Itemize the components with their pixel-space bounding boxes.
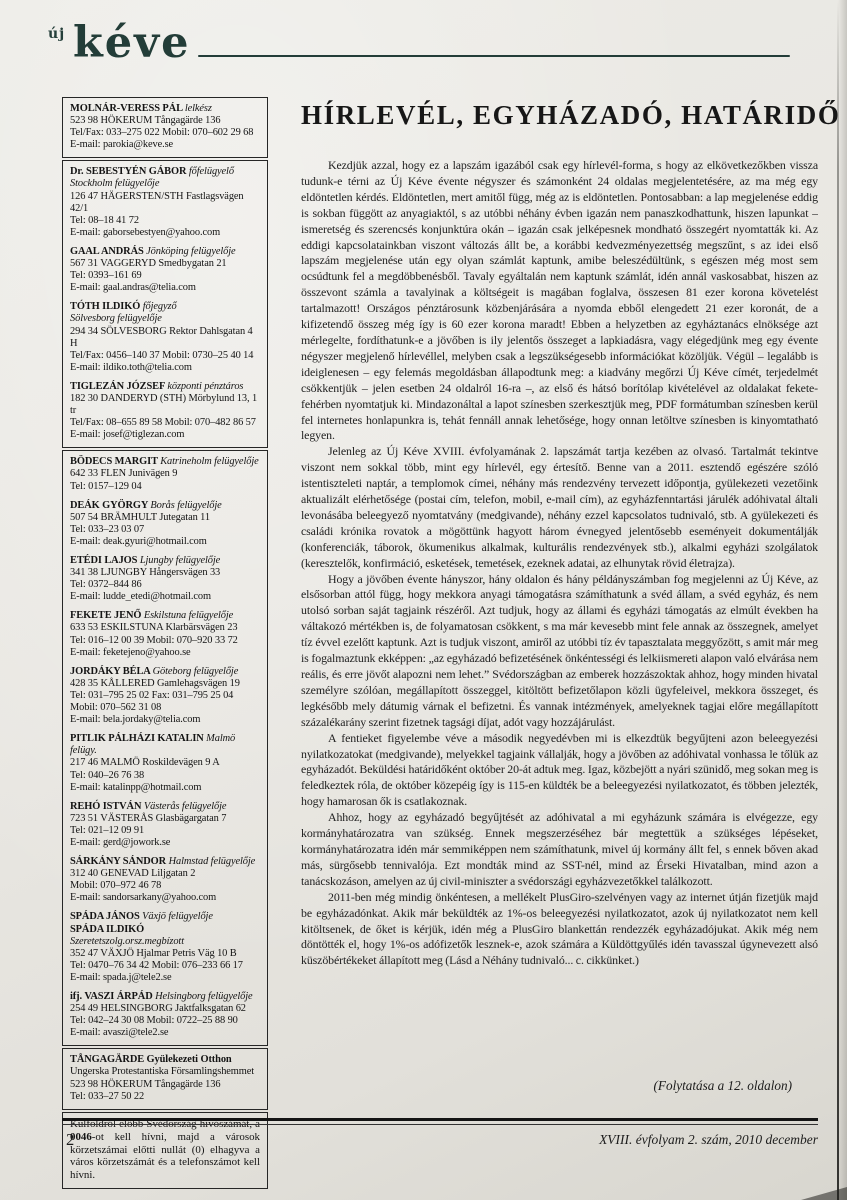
- scan-corner-shadow: [801, 1187, 847, 1200]
- contact-role: központi pénztáros: [167, 381, 243, 392]
- contact-detail: 523 98 HÖKERUM Tångagärde 136: [70, 115, 220, 126]
- contact-name: ETÉDI LAJOS: [70, 555, 140, 566]
- contact-line: Tel/Fax: 033–275 022 Mobil: 070–602 29 6…: [70, 127, 260, 139]
- contact-detail: E-mail: josef@tiglezan.com: [70, 429, 184, 440]
- contact-detail: 428 35 KÅLLERED Gamlehagsvägen 19: [70, 678, 240, 689]
- contact-detail: Tel: 040–26 76 38: [70, 770, 144, 781]
- contact-detail: Tel: 0393–161 69: [70, 270, 142, 281]
- contact-detail: 182 30 DANDERYD (STH) Mörbylund 13, 1 tr: [70, 393, 257, 416]
- contact-detail: 642 33 FLEN Junivägen 9: [70, 468, 177, 479]
- contact-role: Halmstad felügyelője: [169, 856, 256, 867]
- contact-detail: Tel: 0372–844 86: [70, 579, 142, 590]
- contact-line: PITLIK PÁLHÁZI KATALIN Malmö felügy.: [70, 733, 260, 757]
- dialing-note: Külföldről előbb Svédország hívószámát, …: [70, 1118, 260, 1183]
- article-title: HÍRLEVÉL, EGYHÁZADÓ, HATÁRIDŐ: [301, 98, 818, 132]
- contact-detail: E-mail: spada.j@tele2.se: [70, 972, 172, 983]
- contact-line: Dr. SEBESTYÉN GÁBOR főfelügyelő: [70, 166, 260, 178]
- contact-line: GAAL ANDRÁS Jönköping felügyelője: [70, 246, 260, 258]
- contact-name: SÁRKÁNY SÁNDOR: [70, 856, 169, 867]
- contact-line: E-mail: bela.jordaky@telia.com: [70, 714, 260, 726]
- contact-line: 352 47 VÄXJÖ Hjalmar Petris Väg 10 B: [70, 948, 260, 960]
- contact-line: TÓTH ILDIKÓ főjegyző: [70, 301, 260, 313]
- article-paragraph: 2011-ben még mindig önkéntesen, a mellék…: [301, 890, 818, 970]
- contact-entry: JORDÁKY BÉLA Göteborg felügyelője428 35 …: [70, 666, 260, 726]
- contact-name: ifj. VASZI ÁRPÁD: [70, 991, 155, 1002]
- contact-line: E-mail: gaborsebestyen@yahoo.com: [70, 227, 260, 239]
- contact-entry: SPÁDA JÁNOS Växjö felügyelőjeSPÁDA ILDIK…: [70, 911, 260, 984]
- contact-name: TÅNGAGÄRDE Gyülekezeti Otthon: [70, 1054, 232, 1065]
- main-article: HÍRLEVÉL, EGYHÁZADÓ, HATÁRIDŐ Kezdjük az…: [301, 98, 818, 969]
- contact-detail: Tel/Fax: 0456–140 37 Mobil: 0730–25 40 1…: [70, 350, 253, 361]
- contact-line: 126 47 HÄGERSTEN/STH Fastlagsvägen 42/1: [70, 191, 260, 215]
- contact-detail: Tel: 021–12 09 91: [70, 825, 144, 836]
- contact-entry: MOLNÁR-VERESS PÁL lelkész523 98 HÖKERUM …: [70, 103, 260, 151]
- contact-line: 294 34 SÖLVESBORG Rektor Dahlsgatan 4 H: [70, 326, 260, 350]
- contact-line: JORDÁKY BÉLA Göteborg felügyelője: [70, 666, 260, 678]
- contact-line: E-mail: gerd@jowork.se: [70, 837, 260, 849]
- contact-name: PITLIK PÁLHÁZI KATALIN: [70, 733, 206, 744]
- contact-detail: Tel: 031–795 25 02 Fax: 031–795 25 04: [70, 690, 233, 701]
- contact-name: Dr. SEBESTYÉN GÁBOR: [70, 166, 189, 177]
- masthead-logo-prefix: új: [48, 26, 65, 42]
- contact-role: Västerås felügyelője: [144, 801, 227, 812]
- contact-detail: E-mail: feketejeno@yahoo.se: [70, 647, 191, 658]
- contact-entry: REHÓ ISTVÁN Västerås felügyelője723 51 V…: [70, 801, 260, 849]
- contact-role: Helsingborg felügyelője: [155, 991, 252, 1002]
- continuation-note: (Folytatása a 12. oldalon): [301, 1078, 818, 1094]
- contact-role: Eskilstuna felügyelője: [144, 610, 233, 621]
- contact-detail: E-mail: gaal.andras@telia.com: [70, 282, 196, 293]
- contact-line: SÁRKÁNY SÁNDOR Halmstad felügyelője: [70, 856, 260, 868]
- contact-line: E-mail: deak.gyuri@hotmail.com: [70, 536, 260, 548]
- contact-entry: ifj. VASZI ÁRPÁD Helsingborg felügyelője…: [70, 991, 260, 1039]
- contact-detail: E-mail: avaszi@tele2.se: [70, 1027, 168, 1038]
- contact-role: Jönköping felügyelője: [146, 246, 235, 257]
- contact-line: Tel: 0470–76 34 42 Mobil: 076–233 66 17: [70, 960, 260, 972]
- contact-line: Sölvesborg felügyelője: [70, 313, 260, 325]
- contact-detail: 567 31 VAGGERYD Smedbygatan 21: [70, 258, 227, 269]
- contact-line: E-mail: parokia@keve.se: [70, 139, 260, 151]
- issue-info: XVIII. évfolyam 2. szám, 2010 december: [599, 1132, 818, 1148]
- contact-line: 523 98 HÖKERUM Tångagärde 136: [70, 115, 260, 127]
- contact-name: GAAL ANDRÁS: [70, 246, 146, 257]
- contact-line: ETÉDI LAJOS Ljungby felügyelője: [70, 555, 260, 567]
- contact-line: E-mail: feketejeno@yahoo.se: [70, 647, 260, 659]
- contact-detail: E-mail: ludde_etedi@hotmail.com: [70, 591, 211, 602]
- contact-role: Växjö felügyelője: [142, 911, 213, 922]
- article-body: Kezdjük azzal, hogy ez a lapszám igazábó…: [301, 158, 818, 969]
- scan-edge-band: [838, 0, 847, 1200]
- contact-line: 428 35 KÅLLERED Gamlehagsvägen 19: [70, 678, 260, 690]
- contact-line: Tel: 033–23 03 07: [70, 524, 260, 536]
- contact-line: 182 30 DANDERYD (STH) Mörbylund 13, 1 tr: [70, 393, 260, 417]
- contact-name: BÖDECS MARGIT: [70, 456, 160, 467]
- contact-detail: E-mail: ildiko.toth@telia.com: [70, 362, 192, 373]
- contact-detail: 352 47 VÄXJÖ Hjalmar Petris Väg 10 B: [70, 948, 237, 959]
- contact-detail: Tel: 042–24 30 08 Mobil: 0722–25 88 90: [70, 1015, 238, 1026]
- contact-line: Tel: 042–24 30 08 Mobil: 0722–25 88 90: [70, 1015, 260, 1027]
- contact-detail: 312 40 GENEVAD Liljgatan 2: [70, 868, 195, 879]
- contact-name: JORDÁKY BÉLA: [70, 666, 153, 677]
- contact-detail: 294 34 SÖLVESBORG Rektor Dahlsgatan 4 H: [70, 326, 253, 349]
- contact-entry: BÖDECS MARGIT Katrineholm felügyelője642…: [70, 456, 260, 492]
- scan-edge-line: [837, 0, 839, 1200]
- contact-entry: FEKETE JENŐ Eskilstuna felügyelője633 53…: [70, 610, 260, 658]
- contact-box: BÖDECS MARGIT Katrineholm felügyelője642…: [62, 450, 268, 1046]
- contact-name: REHÓ ISTVÁN: [70, 801, 144, 812]
- contact-line: DEÁK GYÖRGY Borås felügyelője: [70, 500, 260, 512]
- contact-line: Tel: 0157–129 04: [70, 481, 260, 493]
- contact-entry: TÓTH ILDIKÓ főjegyzőSölvesborg felügyelő…: [70, 301, 260, 374]
- contact-line: MOLNÁR-VERESS PÁL lelkész: [70, 103, 260, 115]
- contact-line: FEKETE JENŐ Eskilstuna felügyelője: [70, 610, 260, 622]
- contact-line: Tel: 0393–161 69: [70, 270, 260, 282]
- contact-detail: Tel: 0470–76 34 42 Mobil: 076–233 66 17: [70, 960, 243, 971]
- contact-detail: Tel: 08–18 41 72: [70, 215, 139, 226]
- contact-name: DEÁK GYÖRGY: [70, 500, 150, 511]
- contact-detail: Ungerska Protestantiska Församlingshemme…: [70, 1066, 254, 1077]
- contact-line: E-mail: josef@tiglezan.com: [70, 429, 260, 441]
- contact-line: 723 51 VÄSTERÅS Glasbägargatan 7: [70, 813, 260, 825]
- contact-role: Sölvesborg felügyelője: [70, 313, 162, 324]
- newsletter-page: új kéve MOLNÁR-VERESS PÁL lelkész523 98 …: [0, 0, 847, 1200]
- contact-detail: Tel: 033–23 03 07: [70, 524, 144, 535]
- contact-name: SPÁDA JÁNOS: [70, 911, 142, 922]
- contact-role: Göteborg felügyelője: [153, 666, 239, 677]
- contact-line: Tel/Fax: 08–655 89 58 Mobil: 070–482 86 …: [70, 417, 260, 429]
- contact-box: Dr. SEBESTYÉN GÁBOR főfelügyelőStockholm…: [62, 160, 268, 448]
- article-paragraph: A fentieket figyelembe véve a második ne…: [301, 731, 818, 811]
- contact-line: REHÓ ISTVÁN Västerås felügyelője: [70, 801, 260, 813]
- contact-line: Tel: 016–12 00 39 Mobil: 070–920 33 72: [70, 635, 260, 647]
- contact-detail: E-mail: sandorsarkany@yahoo.com: [70, 892, 216, 903]
- contacts-sidebar: MOLNÁR-VERESS PÁL lelkész523 98 HÖKERUM …: [62, 97, 268, 1191]
- contact-name: TÓTH ILDIKÓ: [70, 301, 143, 312]
- contact-line: 633 53 ESKILSTUNA Klarbärsvägen 23: [70, 622, 260, 634]
- contact-detail: 633 53 ESKILSTUNA Klarbärsvägen 23: [70, 622, 237, 633]
- contact-entry: Dr. SEBESTYÉN GÁBOR főfelügyelőStockholm…: [70, 166, 260, 239]
- contact-line: 254 49 HELSINGBORG Jaktfalksgatan 62: [70, 1003, 260, 1015]
- contact-name: FEKETE JENŐ: [70, 610, 144, 621]
- contact-detail: E-mail: gerd@jowork.se: [70, 837, 170, 848]
- contact-line: 217 46 MALMÖ Roskildevägen 9 A: [70, 757, 260, 769]
- contact-line: 312 40 GENEVAD Liljgatan 2: [70, 868, 260, 880]
- footer-rule: [62, 1118, 818, 1125]
- contact-line: 523 98 HÖKERUM Tångagärde 136: [70, 1079, 260, 1091]
- contact-detail: E-mail: gaborsebestyen@yahoo.com: [70, 227, 220, 238]
- contact-detail: E-mail: parokia@keve.se: [70, 139, 173, 150]
- contact-detail: E-mail: deak.gyuri@hotmail.com: [70, 536, 207, 547]
- contact-line: Mobil: 070–972 46 78: [70, 880, 260, 892]
- article-paragraph: Jelenleg az Új Kéve XVIII. évfolyamának …: [301, 444, 818, 571]
- contact-detail: 507 54 BRÄMHULT Jutegatan 11: [70, 512, 210, 523]
- contact-line: Tel: 021–12 09 91: [70, 825, 260, 837]
- contact-detail: Tel: 016–12 00 39 Mobil: 070–920 33 72: [70, 635, 238, 646]
- contact-entry: GAAL ANDRÁS Jönköping felügyelője567 31 …: [70, 246, 260, 294]
- contact-line: E-mail: avaszi@tele2.se: [70, 1027, 260, 1039]
- contact-line: E-mail: sandorsarkany@yahoo.com: [70, 892, 260, 904]
- contact-box: MOLNÁR-VERESS PÁL lelkész523 98 HÖKERUM …: [62, 97, 268, 158]
- contact-detail: Tel: 033–27 50 22: [70, 1091, 144, 1102]
- contact-entry: TÅNGAGÄRDE Gyülekezeti OtthonUngerska Pr…: [70, 1054, 260, 1102]
- contact-line: Tel: 0372–844 86: [70, 579, 260, 591]
- masthead-logo: kéve: [73, 18, 191, 68]
- contact-detail: 254 49 HELSINGBORG Jaktfalksgatan 62: [70, 1003, 246, 1014]
- contact-role: lelkész: [185, 103, 212, 114]
- contact-line: 642 33 FLEN Junivägen 9: [70, 468, 260, 480]
- contact-line: Tel: 08–18 41 72: [70, 215, 260, 227]
- contact-detail: 126 47 HÄGERSTEN/STH Fastlagsvägen 42/1: [70, 191, 244, 214]
- contact-role: főjegyző: [143, 301, 177, 312]
- contact-detail: 217 46 MALMÖ Roskildevägen 9 A: [70, 757, 220, 768]
- contact-line: ifj. VASZI ÁRPÁD Helsingborg felügyelője: [70, 991, 260, 1003]
- contact-detail: Mobil: 070–972 46 78: [70, 880, 161, 891]
- contact-entry: SÁRKÁNY SÁNDOR Halmstad felügyelője312 4…: [70, 856, 260, 904]
- contact-role: főfelügyelő: [189, 166, 234, 177]
- contact-detail: 341 38 LJUNGBY Hångersvägen 33: [70, 567, 220, 578]
- page-number: 2: [66, 1130, 74, 1150]
- contact-line: SPÁDA JÁNOS Växjö felügyelője: [70, 911, 260, 923]
- contact-name: SPÁDA ILDIKÓ: [70, 924, 144, 935]
- contact-entry: PITLIK PÁLHÁZI KATALIN Malmö felügy.217 …: [70, 733, 260, 793]
- contact-line: Stockholm felügyelője: [70, 178, 260, 190]
- contact-line: Tel: 033–27 50 22: [70, 1091, 260, 1103]
- contact-line: Tel/Fax: 0456–140 37 Mobil: 0730–25 40 1…: [70, 350, 260, 362]
- contact-name: TIGLEZÁN JÓZSEF: [70, 381, 167, 392]
- article-paragraph: Ahhoz, hogy az egyházadó begyűjtését az …: [301, 810, 818, 890]
- article-paragraph: Kezdjük azzal, hogy ez a lapszám igazábó…: [301, 158, 818, 444]
- contact-detail: E-mail: katalinpp@hotmail.com: [70, 782, 201, 793]
- contact-role: Borås felügyelője: [150, 500, 221, 511]
- contact-detail: Tel/Fax: 033–275 022 Mobil: 070–602 29 6…: [70, 127, 253, 138]
- contact-line: SPÁDA ILDIKÓ Szeretetszolg.orsz.megbízot…: [70, 924, 260, 948]
- contact-detail: Tel: 0157–129 04: [70, 481, 142, 492]
- contact-role: Ljungby felügyelője: [140, 555, 220, 566]
- contact-entry: TIGLEZÁN JÓZSEF központi pénztáros182 30…: [70, 381, 260, 441]
- contact-line: TÅNGAGÄRDE Gyülekezeti Otthon: [70, 1054, 260, 1066]
- masthead-rule: [198, 55, 790, 57]
- contact-line: E-mail: ildiko.toth@telia.com: [70, 362, 260, 374]
- contact-entry: DEÁK GYÖRGY Borås felügyelője507 54 BRÄM…: [70, 500, 260, 548]
- contact-role: Katrineholm felügyelője: [160, 456, 258, 467]
- contact-line: E-mail: spada.j@tele2.se: [70, 972, 260, 984]
- contact-entry: ETÉDI LAJOS Ljungby felügyelője341 38 LJ…: [70, 555, 260, 603]
- contact-detail: 523 98 HÖKERUM Tångagärde 136: [70, 1079, 220, 1090]
- contact-detail: 723 51 VÄSTERÅS Glasbägargatan 7: [70, 813, 226, 824]
- article-paragraph: Hogy a jövőben évente hányszor, hány old…: [301, 572, 818, 731]
- contact-detail: E-mail: bela.jordaky@telia.com: [70, 714, 200, 725]
- contact-line: 507 54 BRÄMHULT Jutegatan 11: [70, 512, 260, 524]
- contact-role: Szeretetszolg.orsz.megbízott: [70, 936, 184, 947]
- contact-line: 341 38 LJUNGBY Hångersvägen 33: [70, 567, 260, 579]
- contact-line: 567 31 VAGGERYD Smedbygatan 21: [70, 258, 260, 270]
- contact-line: E-mail: katalinpp@hotmail.com: [70, 782, 260, 794]
- contact-line: E-mail: gaal.andras@telia.com: [70, 282, 260, 294]
- contact-line: Tel: 040–26 76 38: [70, 770, 260, 782]
- contact-box: TÅNGAGÄRDE Gyülekezeti OtthonUngerska Pr…: [62, 1048, 268, 1109]
- contact-detail: Tel/Fax: 08–655 89 58 Mobil: 070–482 86 …: [70, 417, 256, 428]
- contact-line: BÖDECS MARGIT Katrineholm felügyelője: [70, 456, 260, 468]
- contact-name: MOLNÁR-VERESS PÁL: [70, 103, 185, 114]
- contact-line: E-mail: ludde_etedi@hotmail.com: [70, 591, 260, 603]
- contact-line: TIGLEZÁN JÓZSEF központi pénztáros: [70, 381, 260, 393]
- contact-line: Mobil: 070–562 31 08: [70, 702, 260, 714]
- contact-detail: Mobil: 070–562 31 08: [70, 702, 161, 713]
- contact-line: Tel: 031–795 25 02 Fax: 031–795 25 04: [70, 690, 260, 702]
- dialing-note-text: -ot kell hívni, majd a városok körzetszá…: [70, 1131, 260, 1182]
- contact-line: Ungerska Protestantiska Församlingshemme…: [70, 1066, 260, 1078]
- contact-role: Stockholm felügyelője: [70, 178, 159, 189]
